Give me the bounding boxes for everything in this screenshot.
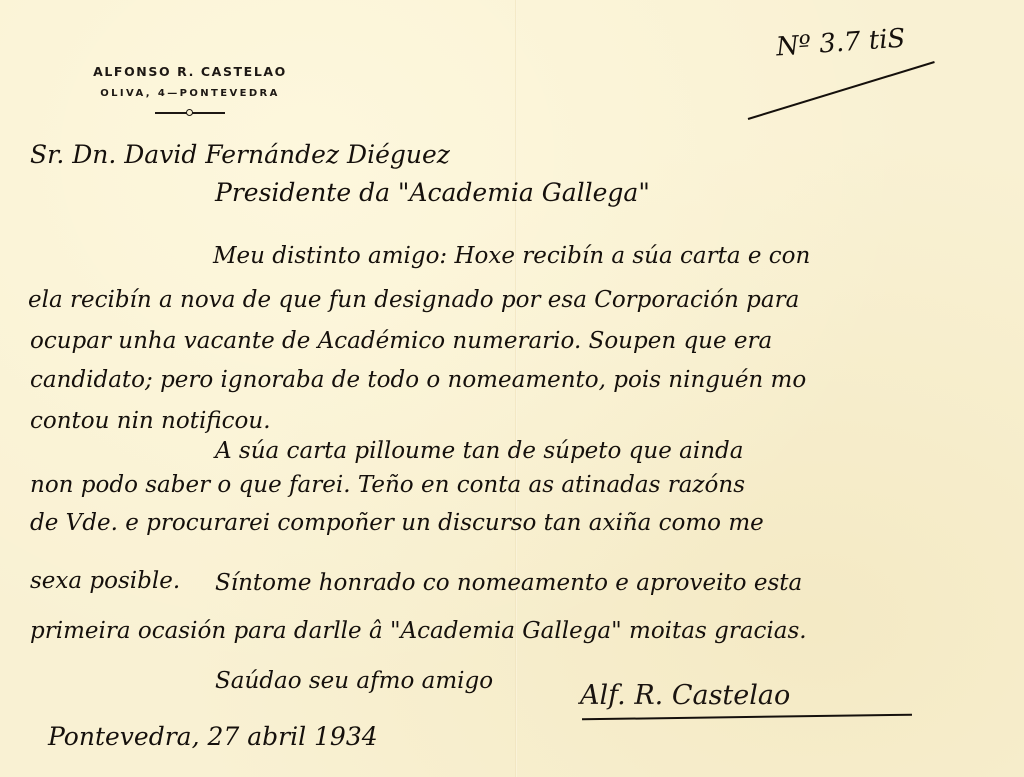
recipient-title: Presidente da "Academia Gallega"	[215, 178, 650, 207]
body-line: sexa posible.	[30, 568, 180, 594]
signature: Alf. R. Castelao	[580, 680, 790, 711]
letterhead-ornament-icon	[155, 109, 225, 117]
body-line: de Vde. e procurarei compoñer un discurs…	[30, 510, 764, 536]
body-line: ocupar unha vacante de Académico numerar…	[30, 328, 772, 354]
letterhead-address: OLIVA, 4—PONTEVEDRA	[70, 88, 310, 99]
letterhead-name: ALFONSO R. CASTELAO	[70, 64, 310, 79]
body-line: contou nin notificou.	[30, 408, 271, 434]
body-line: Síntome honrado co nomeamento e aproveit…	[215, 570, 802, 596]
place-and-date: Pontevedra, 27 abril 1934	[48, 722, 378, 751]
body-line: non podo saber o que farei. Teño en cont…	[30, 472, 745, 498]
body-line: A súa carta pilloume tan de súpeto que a…	[215, 438, 743, 464]
signature-block: Alf. R. Castelao	[580, 680, 790, 711]
body-line: candidato; pero ignoraba de todo o nomea…	[30, 367, 806, 393]
letterhead: ALFONSO R. CASTELAO OLIVA, 4—PONTEVEDRA	[70, 64, 310, 117]
body-line: ela recibín a nova de que fun designado …	[28, 287, 799, 313]
body-line: primeira ocasión para darlle â "Academia…	[30, 618, 807, 644]
closing-line: Saúdao seu afmo amigo	[215, 668, 493, 694]
body-line: Meu distinto amigo: Hoxe recibín a súa c…	[213, 243, 810, 269]
recipient-name: Sr. Dn. David Fernández Diéguez	[30, 140, 450, 169]
